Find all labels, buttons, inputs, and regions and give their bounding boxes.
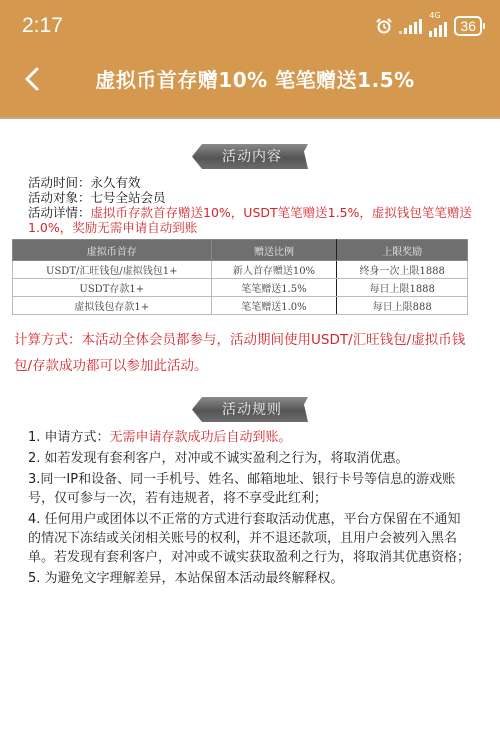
rules-list: 1. 申请方式：无需申请存款成功后自动到账。 2. 如若发现有套利客户，对冲或不… (28, 428, 472, 588)
table-header: 虚拟币首存 (13, 240, 212, 261)
table-header: 上限奖励 (337, 240, 468, 261)
promo-content: 活动内容 活动时间：永久有效 活动对象：七号全站会员 活动详情：虚拟币存款首存赠… (0, 144, 500, 588)
rule-item: 3.同一IP和设备、同一手机号、姓名、邮箱地址、银行卡号等信息的游戏账号，仅可参… (28, 470, 472, 508)
table-cell: 每日上限1888 (337, 279, 468, 297)
table-row: USDT/汇旺钱包/虚拟钱包1+ 新人首存赠送10% 终身一次上限1888 (13, 261, 468, 279)
activity-detail: 活动详情：虚拟币存款首存赠送10%，USDT笔笔赠送1.5%，虚拟钱包笔笔赠送1… (28, 205, 472, 235)
table-row: USDT存款1+ 笔笔赠送1.5% 每日上限1888 (13, 279, 468, 297)
rule-item: 4. 任何用户或团体以不正常的方式进行套取活动优惠，平台方保留在不通知的情况下冻… (28, 510, 472, 567)
activity-time: 活动时间：永久有效 (28, 175, 472, 190)
reward-table: 虚拟币首存 赠送比例 上限奖励 USDT/汇旺钱包/虚拟钱包1+ 新人首存赠送1… (12, 239, 468, 315)
alarm-icon (376, 18, 392, 34)
table-cell: USDT存款1+ (13, 279, 212, 297)
table-header: 赠送比例 (211, 240, 337, 261)
signal-icon (399, 18, 422, 34)
table-cell: 新人首存赠送10% (211, 261, 337, 279)
activity-info: 活动时间：永久有效 活动对象：七号全站会员 活动详情：虚拟币存款首存赠送10%，… (28, 175, 472, 235)
table-cell: 每日上限888 (337, 297, 468, 315)
4g-signal-icon: 4G (429, 15, 447, 37)
table-cell: 笔笔赠送1.0% (211, 297, 337, 315)
table-cell: 虚拟钱包存款1+ (13, 297, 212, 315)
table-cell: USDT/汇旺钱包/虚拟钱包1+ (13, 261, 212, 279)
rule-item: 1. 申请方式：无需申请存款成功后自动到账。 (28, 428, 472, 447)
activity-target: 活动对象：七号全站会员 (28, 190, 472, 205)
nav-bar: 虚拟币首存赠10% 笔笔赠送1.5% (0, 52, 500, 112)
table-cell: 终身一次上限1888 (337, 261, 468, 279)
battery-icon: 36 (454, 16, 482, 36)
rule-item: 2. 如若发现有套利客户，对冲或不诚实盈利之行为，将取消优惠。 (28, 449, 472, 468)
status-icons: 4G 36 (376, 15, 482, 37)
table-row: 虚拟钱包存款1+ 笔笔赠送1.0% 每日上限888 (13, 297, 468, 315)
page-title: 虚拟币首存赠10% 笔笔赠送1.5% (0, 64, 500, 93)
rule-item: 5. 为避免文字理解差异，本站保留本活动最终解释权。 (28, 569, 472, 588)
status-bar: 2:17 4G 36 (0, 0, 500, 52)
table-header-row: 虚拟币首存 赠送比例 上限奖励 (13, 240, 468, 261)
calculation-method: 计算方式：本活动全体会员都参与，活动期间使用USDT/汇旺钱包/虚拟币钱包/存款… (14, 327, 482, 379)
network-label: 4G (429, 11, 440, 20)
table-cell: 笔笔赠送1.5% (211, 279, 337, 297)
section-header-activity-content: 活动内容 (192, 144, 308, 169)
app-header: 2:17 4G 36 虚拟币首存赠10% 笔笔赠送1.5% (0, 0, 500, 119)
status-time: 2:17 (22, 14, 63, 38)
section-header-activity-rules: 活动规则 (192, 397, 308, 422)
